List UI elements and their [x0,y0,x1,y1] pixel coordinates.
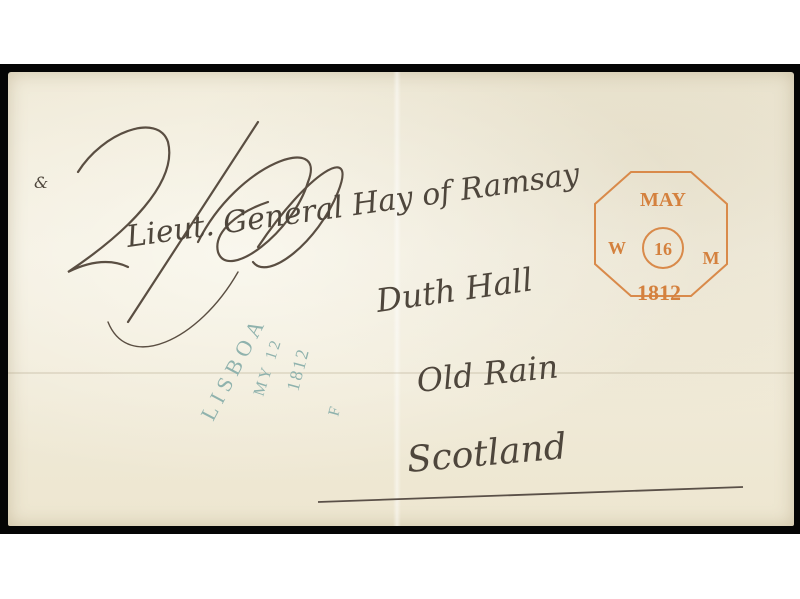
address-line-1: Lieut. General Hay of Ramsay [123,157,582,256]
corner-mark: & [34,173,48,192]
address-line-4: Scotland [405,426,568,481]
datestamp-right-letter: M [703,248,720,268]
datestamp-day: 16 [654,239,672,259]
photo-frame: & Lieut. General Hay of Ramsay Duth Hall… [0,64,800,534]
handstamp-letter: F [325,405,344,418]
blue-handstamp: LISBOA MY 12 1812 F [195,311,344,425]
red-datestamp: MAY 16 W M 1812 [595,172,727,305]
datestamp-left-letter: W [608,238,626,258]
address-line-3: Old Rain [415,347,560,400]
underline [318,487,743,502]
address-line-2: Duth Hall [373,260,535,320]
datestamp-month: MAY [640,189,686,211]
letter-cover: & Lieut. General Hay of Ramsay Duth Hall… [8,72,794,526]
datestamp-year: 1812 [637,280,681,305]
ink-layer: & Lieut. General Hay of Ramsay Duth Hall… [8,72,794,526]
handstamp-year: 1812 [283,345,314,393]
